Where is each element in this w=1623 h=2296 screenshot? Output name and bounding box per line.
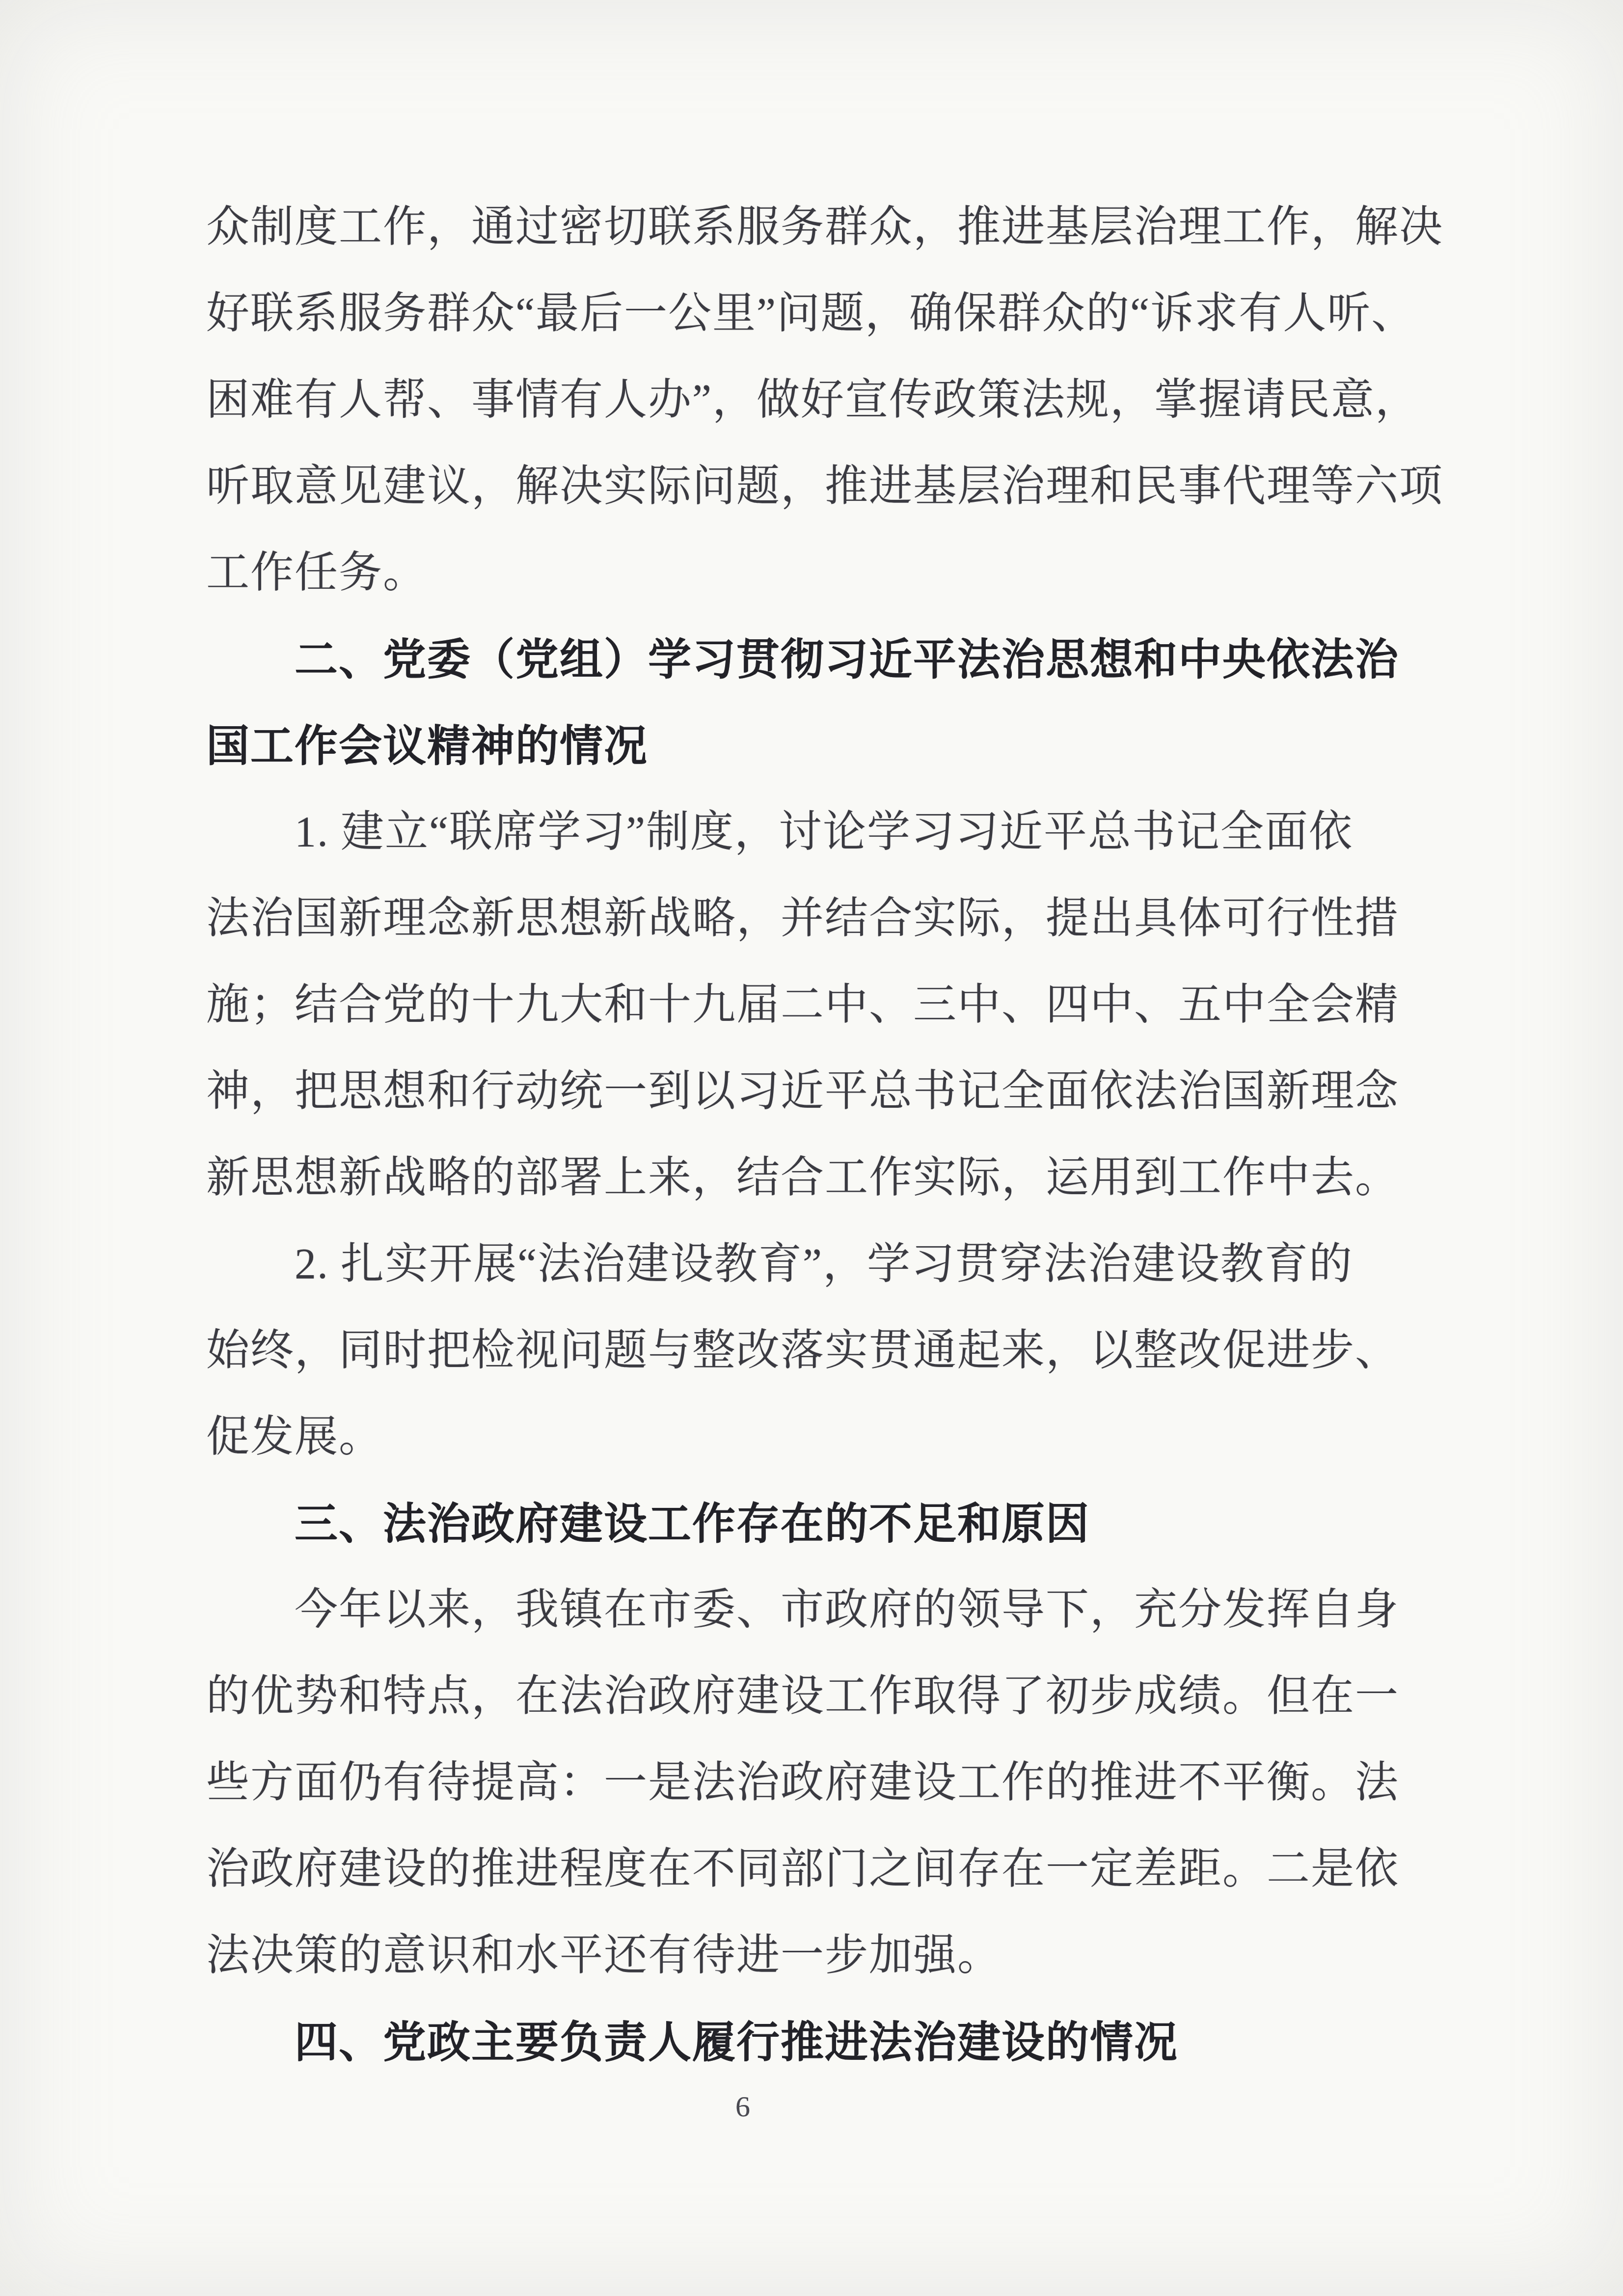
text-line: 2. 扎实开展“法治建设教育”，学习贯穿法治建设教育的 bbox=[206, 1221, 1456, 1308]
text-line: 听取意见建议，解决实际问题，推进基层治理和民事代理等六项 bbox=[206, 443, 1456, 530]
text-line: 众制度工作，通过密切联系服务群众，推进基层治理工作，解决 bbox=[206, 184, 1456, 271]
document-body: 众制度工作，通过密切联系服务群众，推进基层治理工作，解决 好联系服务群众“最后一… bbox=[206, 184, 1456, 2085]
heading-line: 国工作会议精神的情况 bbox=[206, 703, 1456, 789]
text-line: 今年以来，我镇在市委、市政府的领导下，充分发挥自身 bbox=[206, 1567, 1456, 1653]
text-line: 新思想新战略的部署上来，结合工作实际，运用到工作中去。 bbox=[206, 1135, 1456, 1221]
text-line: 促发展。 bbox=[206, 1394, 1456, 1480]
text-line: 1. 建立“联席学习”制度，讨论学习习近平总书记全面依 bbox=[206, 789, 1456, 875]
text-line: 法治国新理念新思想新战略，并结合实际，提出具体可行性措 bbox=[206, 875, 1456, 962]
text-line: 治政府建设的推进程度在不同部门之间存在一定差距。二是依 bbox=[206, 1826, 1456, 1913]
text-line: 始终，同时把检视问题与整改落实贯通起来，以整改促进步、 bbox=[206, 1308, 1456, 1394]
text-line: 的优势和特点，在法治政府建设工作取得了初步成绩。但在一 bbox=[206, 1653, 1456, 1740]
heading-line: 三、法治政府建设工作存在的不足和原因 bbox=[206, 1480, 1456, 1567]
page-number: 6 bbox=[721, 2082, 765, 2131]
text-line: 好联系服务群众“最后一公里”问题，确保群众的“诉求有人听、 bbox=[206, 271, 1456, 357]
document-page: 众制度工作，通过密切联系服务群众，推进基层治理工作，解决 好联系服务群众“最后一… bbox=[0, 0, 1623, 2296]
heading-line: 四、党政主要负责人履行推进法治建设的情况 bbox=[206, 1999, 1456, 2085]
text-line: 施；结合党的十九大和十九届二中、三中、四中、五中全会精 bbox=[206, 962, 1456, 1048]
heading-line: 二、党委（党组）学习贯彻习近平法治思想和中央依法治 bbox=[206, 616, 1456, 703]
text-line: 困难有人帮、事情有人办”，做好宣传政策法规，掌握请民意， bbox=[206, 357, 1456, 443]
text-line: 些方面仍有待提高：一是法治政府建设工作的推进不平衡。法 bbox=[206, 1740, 1456, 1826]
text-line: 法决策的意识和水平还有待进一步加强。 bbox=[206, 1913, 1456, 1999]
text-line: 工作任务。 bbox=[206, 530, 1456, 616]
text-line: 神，把思想和行动统一到以习近平总书记全面依法治国新理念 bbox=[206, 1048, 1456, 1135]
